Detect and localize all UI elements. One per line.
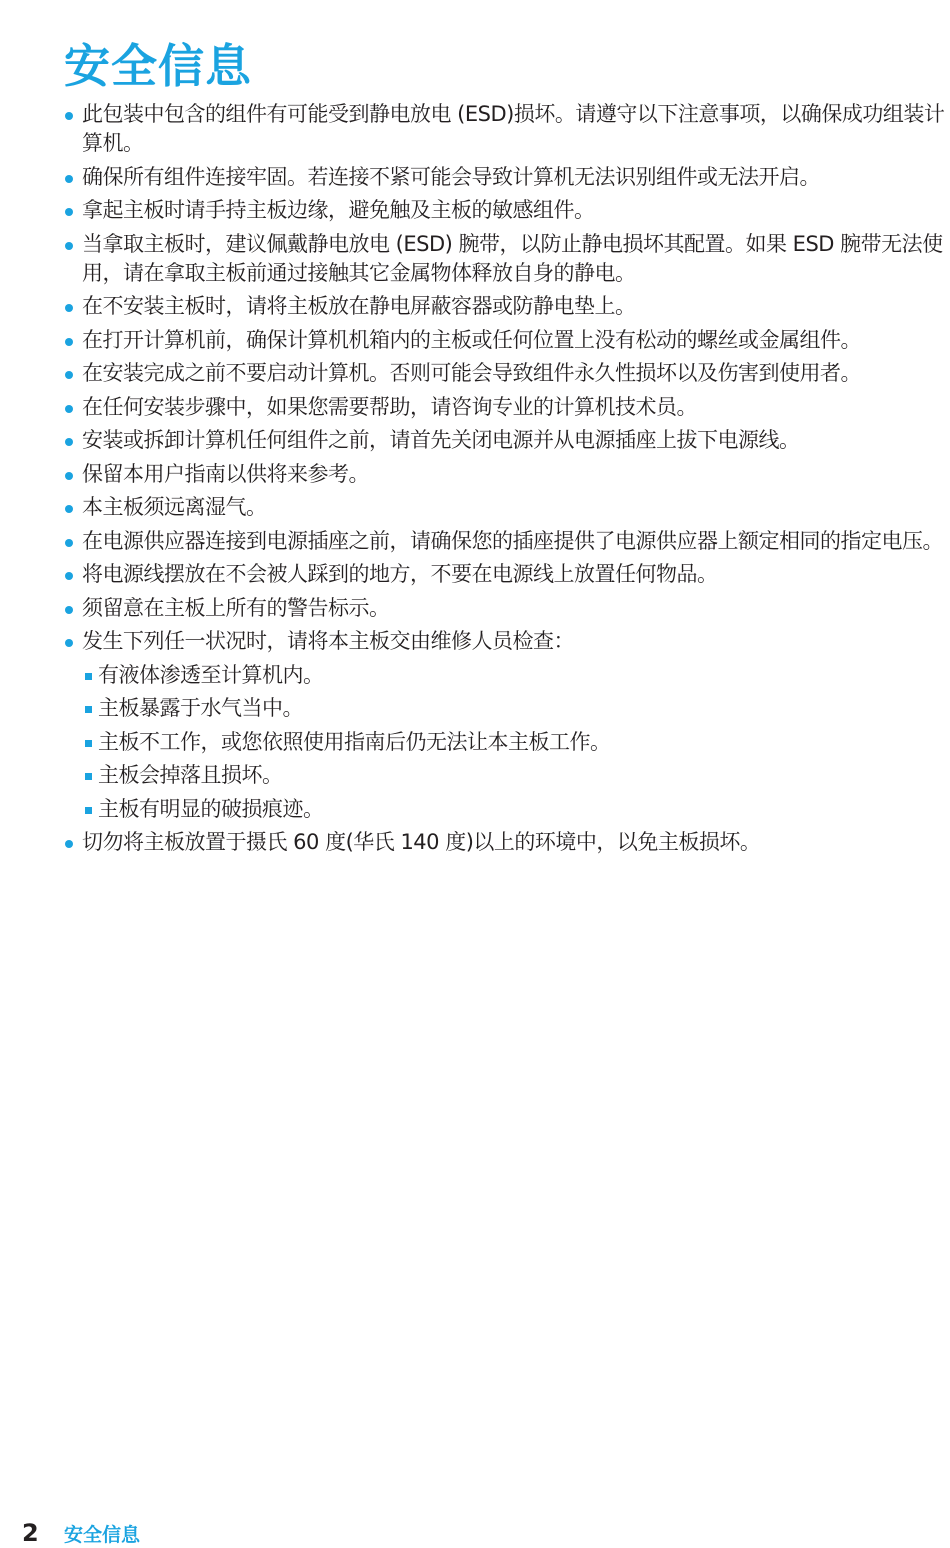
item-text: 在任何安装步骤中，如果您需要帮助，请咨询专业的计算机技术员。 bbox=[82, 395, 697, 419]
item-text: 切勿将主板放置于摄氏 60 度(华氏 140 度)以上的环境中，以免主板损坏。 bbox=[82, 830, 760, 854]
safety-list: 此包装中包含的组件有可能受到静电放电 (ESD)损坏。请遵守以下注意事项，以确保… bbox=[64, 100, 950, 862]
list-item: 切勿将主板放置于摄氏 60 度(华氏 140 度)以上的环境中，以免主板损坏。 bbox=[64, 828, 950, 857]
bullet-icon bbox=[65, 572, 73, 580]
item-text: 须留意在主板上所有的警告标示。 bbox=[82, 596, 390, 620]
bullet-icon bbox=[65, 405, 73, 413]
bullet-icon bbox=[65, 539, 73, 547]
square-bullet-icon bbox=[85, 773, 92, 780]
list-item: 此包装中包含的组件有可能受到静电放电 (ESD)损坏。请遵守以下注意事项，以确保… bbox=[64, 100, 950, 158]
page-title: 安全信息 bbox=[64, 36, 252, 96]
bullet-icon bbox=[65, 208, 73, 216]
item-text: 保留本用户指南以供将来参考。 bbox=[82, 462, 369, 486]
sub-list-item: 有液体渗透至计算机内。 bbox=[64, 661, 950, 690]
item-text: 在电源供应器连接到电源插座之前，请确保您的插座提供了电源供应器上额定相同的指定电… bbox=[82, 529, 943, 553]
square-bullet-icon bbox=[85, 740, 92, 747]
square-bullet-icon bbox=[85, 807, 92, 814]
bullet-icon bbox=[65, 606, 73, 614]
square-bullet-icon bbox=[85, 706, 92, 713]
bullet-icon bbox=[65, 472, 73, 480]
bullet-icon bbox=[65, 371, 73, 379]
page-footer: 2 安全信息 bbox=[22, 1518, 140, 1548]
bullet-icon bbox=[65, 639, 73, 647]
list-item: 保留本用户指南以供将来参考。 bbox=[64, 460, 950, 489]
list-item: 在任何安装步骤中，如果您需要帮助，请咨询专业的计算机技术员。 bbox=[64, 393, 950, 422]
bullet-icon bbox=[65, 304, 73, 312]
sub-item-text: 主板不工作，或您依照使用指南后仍无法让本主板工作。 bbox=[98, 730, 611, 754]
item-text: 安装或拆卸计算机任何组件之前，请首先关闭电源并从电源插座上拔下电源线。 bbox=[82, 428, 800, 452]
list-item: 将电源线摆放在不会被人踩到的地方，不要在电源线上放置任何物品。 bbox=[64, 560, 950, 589]
list-item: 须留意在主板上所有的警告标示。 bbox=[64, 594, 950, 623]
list-item: 当拿取主板时，建议佩戴静电放电 (ESD) 腕带，以防止静电损坏其配置。如果 E… bbox=[64, 230, 950, 288]
item-text: 在不安装主板时，请将主板放在静电屏蔽容器或防静电垫上。 bbox=[82, 294, 636, 318]
item-text: 在打开计算机前，确保计算机机箱内的主板或任何位置上没有松动的螺丝或金属组件。 bbox=[82, 328, 861, 352]
item-text: 拿起主板时请手持主板边缘，避免触及主板的敏感组件。 bbox=[82, 198, 595, 222]
bullet-icon bbox=[65, 338, 73, 346]
sub-item-text: 有液体渗透至计算机内。 bbox=[98, 663, 324, 687]
bullet-icon bbox=[65, 242, 73, 250]
page-number: 2 bbox=[22, 1519, 64, 1547]
item-text: 发生下列任一状况时，请将本主板交由维修人员检查： bbox=[82, 629, 574, 653]
sub-item-text: 主板会掉落且损坏。 bbox=[98, 763, 283, 787]
sub-item-text: 主板暴露于水气当中。 bbox=[98, 696, 303, 720]
footer-section-title: 安全信息 bbox=[64, 1520, 140, 1547]
sub-list-item: 主板暴露于水气当中。 bbox=[64, 694, 950, 723]
bullet-icon bbox=[65, 175, 73, 183]
list-item: 拿起主板时请手持主板边缘，避免触及主板的敏感组件。 bbox=[64, 196, 950, 225]
item-text: 将电源线摆放在不会被人踩到的地方，不要在电源线上放置任何物品。 bbox=[82, 562, 718, 586]
list-item: 发生下列任一状况时，请将本主板交由维修人员检查： bbox=[64, 627, 950, 656]
bullet-icon bbox=[65, 840, 73, 848]
list-item: 在不安装主板时，请将主板放在静电屏蔽容器或防静电垫上。 bbox=[64, 292, 950, 321]
sub-list-item: 主板会掉落且损坏。 bbox=[64, 761, 950, 790]
item-text: 此包装中包含的组件有可能受到静电放电 (ESD)损坏。请遵守以下注意事项，以确保… bbox=[82, 102, 944, 155]
list-item: 在打开计算机前，确保计算机机箱内的主板或任何位置上没有松动的螺丝或金属组件。 bbox=[64, 326, 950, 355]
bullet-icon bbox=[65, 438, 73, 446]
square-bullet-icon bbox=[85, 673, 92, 680]
sub-list-item: 主板有明显的破损痕迹。 bbox=[64, 795, 950, 824]
bullet-icon bbox=[65, 505, 73, 513]
list-item: 在电源供应器连接到电源插座之前，请确保您的插座提供了电源供应器上额定相同的指定电… bbox=[64, 527, 950, 556]
sub-item-text: 主板有明显的破损痕迹。 bbox=[98, 797, 324, 821]
list-item: 确保所有组件连接牢固。若连接不紧可能会导致计算机无法识别组件或无法开启。 bbox=[64, 163, 950, 192]
item-text: 本主板须远离湿气。 bbox=[82, 495, 267, 519]
item-text: 在安装完成之前不要启动计算机。否则可能会导致组件永久性损坏以及伤害到使用者。 bbox=[82, 361, 861, 385]
item-text: 当拿取主板时，建议佩戴静电放电 (ESD) 腕带，以防止静电损坏其配置。如果 E… bbox=[82, 232, 943, 285]
list-item: 在安装完成之前不要启动计算机。否则可能会导致组件永久性损坏以及伤害到使用者。 bbox=[64, 359, 950, 388]
item-text: 确保所有组件连接牢固。若连接不紧可能会导致计算机无法识别组件或无法开启。 bbox=[82, 165, 820, 189]
sub-list-item: 主板不工作，或您依照使用指南后仍无法让本主板工作。 bbox=[64, 728, 950, 757]
bullet-icon bbox=[65, 112, 73, 120]
list-item: 本主板须远离湿气。 bbox=[64, 493, 950, 522]
list-item: 安装或拆卸计算机任何组件之前，请首先关闭电源并从电源插座上拔下电源线。 bbox=[64, 426, 950, 455]
